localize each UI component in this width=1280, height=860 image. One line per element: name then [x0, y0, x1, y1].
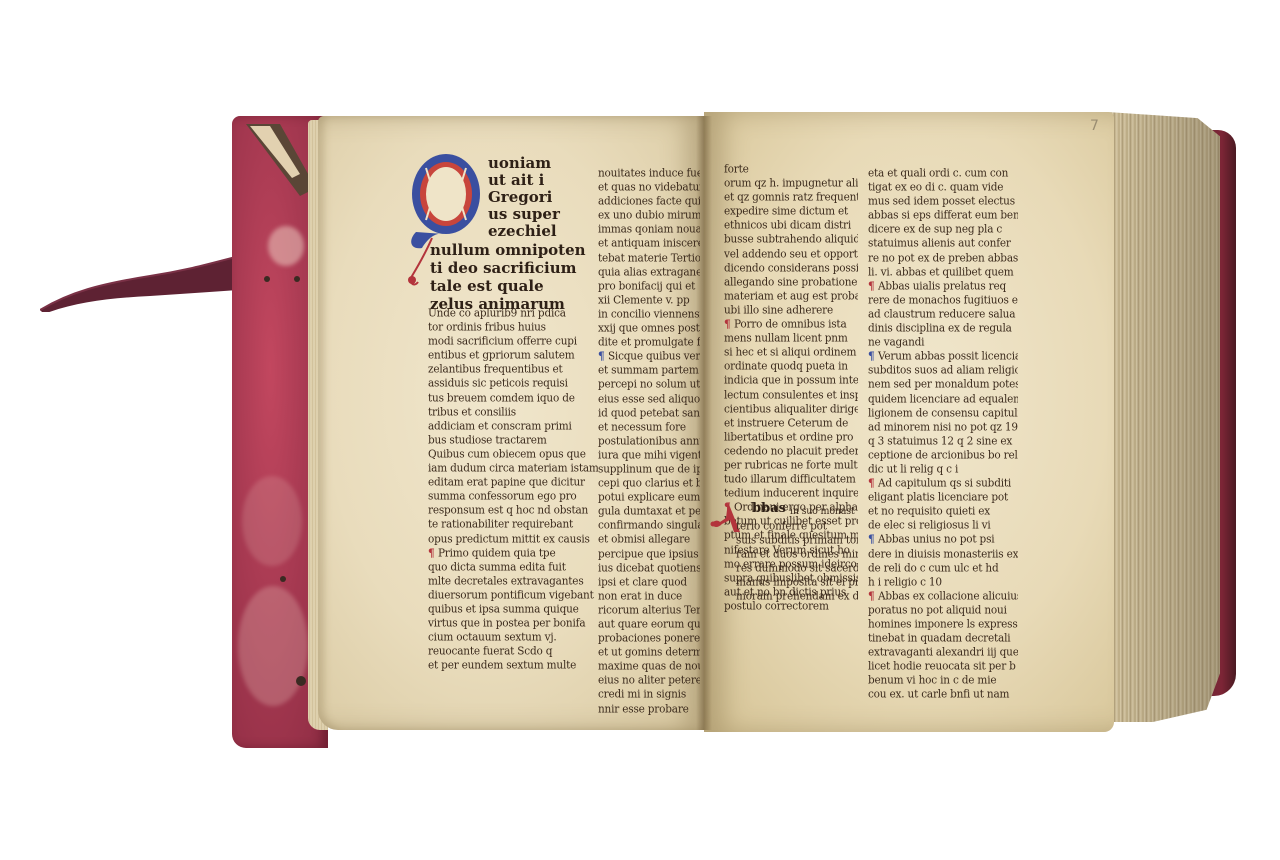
paragraph-mark: ¶ [868, 279, 878, 292]
nail-hole [296, 676, 306, 686]
abbas-heading: bbas [752, 501, 786, 516]
paragraph-mark: ¶ [598, 350, 608, 363]
paragraph-mark: ¶ [868, 589, 878, 602]
bookmark-ribbon [40, 252, 240, 312]
folio-number: 7 [1090, 118, 1099, 134]
text-column-d: eta et quali ordi c. cum con tigat ex eo… [868, 166, 1018, 702]
paragraph-mark: ¶ [428, 546, 438, 559]
text-column-c-continued: terio conferre pot suis subditis primam … [736, 519, 858, 604]
manuscript-scene: 7 uoniam ut ait i Gregori us super ezech… [0, 0, 1280, 860]
paragraph-mark: ¶ [868, 350, 878, 363]
incipit-text-continued: nullum omnipoten ti deo sacrificium tale… [430, 241, 586, 313]
text-column-c-continued: in suo monast [790, 505, 860, 519]
nail-hole [294, 276, 300, 282]
nail-hole [264, 276, 270, 282]
text-column-b: nouitates induce fuerunt et quas no vide… [598, 166, 700, 716]
paragraph-mark: ¶ [868, 476, 878, 489]
nail-hole [280, 576, 286, 582]
paragraph-mark: ¶ [868, 533, 878, 546]
page-block-edge [1108, 112, 1220, 722]
paragraph-mark: ¶ [724, 317, 734, 330]
text-column-a: Unde co aplurib9 nri pdica tor ordinis f… [428, 306, 598, 672]
incipit-text: uoniam ut ait i Gregori us super ezechie… [488, 155, 560, 240]
